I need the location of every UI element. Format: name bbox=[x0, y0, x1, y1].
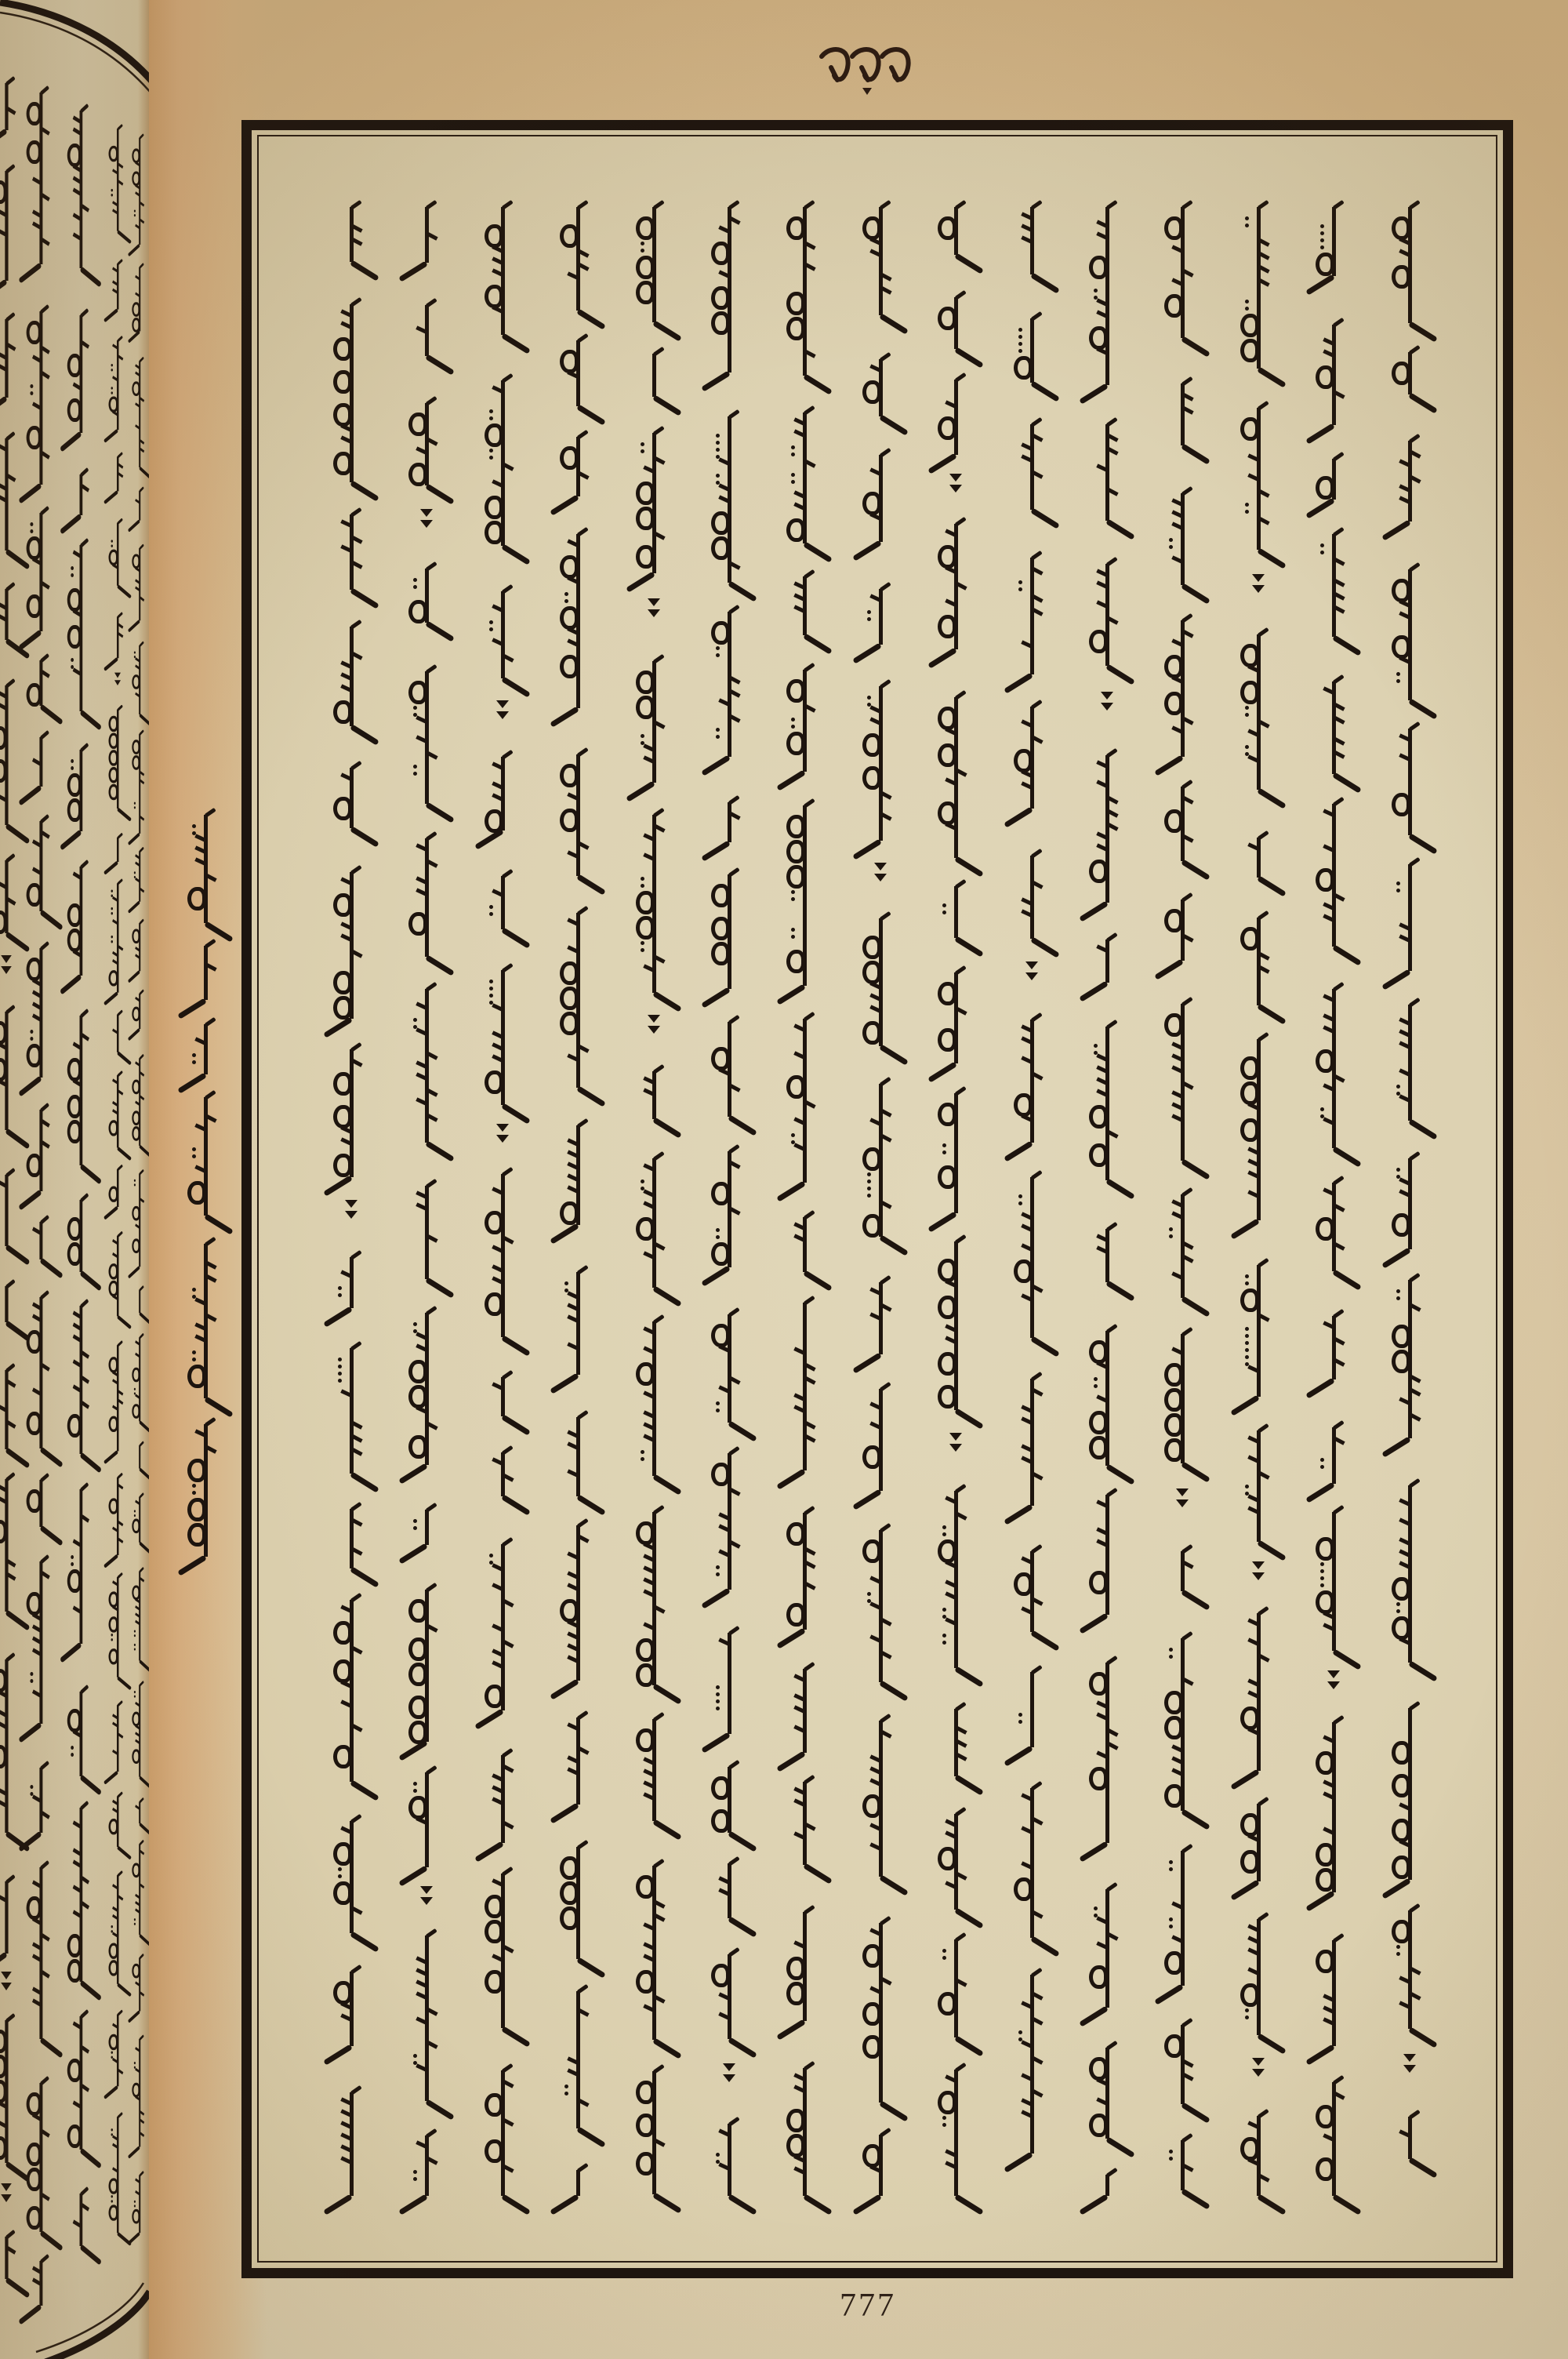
glyph-stroke bbox=[177, 998, 207, 1020]
glyph-stroke bbox=[27, 1044, 42, 1067]
glyph-stroke bbox=[111, 364, 114, 366]
glyph-stroke bbox=[862, 1794, 881, 1818]
glyph-stroke bbox=[942, 1641, 946, 1645]
glyph-stroke bbox=[413, 2170, 417, 2174]
word-space bbox=[853, 886, 908, 914]
glyph-stroke bbox=[636, 916, 655, 940]
glyph-stroke bbox=[80, 1016, 83, 1165]
glyph-stroke bbox=[938, 1259, 956, 1282]
word-space bbox=[1231, 1585, 1286, 1608]
glyph-stroke bbox=[111, 2051, 114, 2053]
glyph-stroke bbox=[938, 1165, 956, 1189]
glyph-stroke bbox=[139, 357, 143, 363]
glyph-stroke bbox=[641, 242, 644, 245]
glyph-stroke bbox=[109, 1187, 118, 1202]
script-word bbox=[702, 1448, 757, 1598]
glyph-stroke bbox=[192, 1060, 196, 1064]
glyph-stroke bbox=[716, 1408, 720, 1412]
punctuation-mark bbox=[702, 2063, 757, 2087]
glyph-stroke bbox=[420, 1886, 433, 1894]
script-word bbox=[1004, 1015, 1059, 1150]
script-word bbox=[60, 106, 102, 276]
glyph-stroke bbox=[132, 929, 140, 943]
script-word bbox=[1306, 1311, 1361, 1387]
glyph-stroke bbox=[1392, 1213, 1410, 1237]
glyph-stroke bbox=[1320, 1569, 1324, 1573]
script-word bbox=[19, 2256, 63, 2314]
glyph-stroke bbox=[791, 897, 795, 901]
glyph-stroke bbox=[1014, 1877, 1033, 1901]
glyph-stroke bbox=[942, 1143, 946, 1147]
glyph-stroke bbox=[636, 281, 655, 304]
glyph-stroke bbox=[496, 711, 509, 719]
glyph-stroke bbox=[80, 1808, 83, 1982]
glyph-stroke bbox=[333, 700, 352, 724]
word-space bbox=[928, 1456, 983, 1486]
script-word bbox=[1004, 202, 1059, 282]
script-word bbox=[399, 1768, 454, 1875]
glyph-stroke bbox=[560, 224, 579, 248]
glyph-stroke bbox=[111, 940, 114, 943]
glyph-stroke bbox=[716, 646, 720, 650]
glyph-stroke bbox=[641, 884, 644, 888]
glyph-stroke bbox=[1245, 503, 1249, 507]
glyph-stroke bbox=[139, 1567, 143, 1573]
glyph-stroke bbox=[1392, 1856, 1410, 1879]
glyph-stroke bbox=[1164, 216, 1183, 240]
glyph-stroke bbox=[139, 918, 143, 925]
punctuation-mark bbox=[626, 598, 681, 622]
glyph-stroke bbox=[139, 1840, 143, 1846]
script-word bbox=[1080, 1885, 1134, 2016]
glyph-stroke bbox=[30, 522, 33, 526]
script-word bbox=[178, 941, 233, 1008]
glyph-stroke bbox=[564, 1281, 568, 1285]
glyph-stroke bbox=[333, 1072, 352, 1096]
glyph-stroke bbox=[1316, 476, 1334, 500]
glyph-stroke bbox=[485, 1920, 503, 1943]
glyph-stroke bbox=[1252, 2058, 1265, 2066]
glyph-stroke bbox=[867, 1592, 871, 1596]
script-word bbox=[1155, 1329, 1210, 1471]
glyph-stroke bbox=[711, 1242, 730, 1266]
glyph-stroke bbox=[1181, 1551, 1185, 1591]
text-column: [Manchu-script column — untranscribed] bbox=[1306, 202, 1361, 2204]
glyph-stroke bbox=[67, 625, 82, 649]
script-word bbox=[1004, 1172, 1059, 1346]
glyph-stroke bbox=[641, 734, 644, 738]
glyph-stroke bbox=[485, 285, 503, 308]
script-word bbox=[104, 1872, 132, 1990]
script-word bbox=[324, 1595, 379, 1790]
glyph-stroke bbox=[139, 1954, 143, 1960]
glyph-stroke bbox=[425, 838, 429, 957]
glyph-stroke bbox=[27, 1592, 42, 1616]
script-word bbox=[104, 707, 132, 814]
glyph-stroke bbox=[1176, 1499, 1189, 1507]
punctuation-mark bbox=[1155, 1488, 1210, 1512]
glyph-stroke bbox=[711, 917, 730, 940]
word-space bbox=[1231, 598, 1286, 630]
glyph-stroke bbox=[1105, 424, 1109, 521]
glyph-stroke bbox=[1252, 1561, 1265, 1569]
glyph-stroke bbox=[652, 354, 656, 397]
glyph-stroke bbox=[338, 1286, 342, 1290]
glyph-stroke bbox=[5, 1881, 8, 1954]
glyph-stroke bbox=[1392, 265, 1410, 289]
glyph-stroke bbox=[1245, 1348, 1249, 1352]
glyph-stroke bbox=[485, 1292, 503, 1316]
glyph-stroke bbox=[205, 1090, 216, 1100]
glyph-stroke bbox=[560, 1856, 579, 1880]
glyph-stroke bbox=[134, 651, 136, 653]
script-word bbox=[702, 1628, 757, 1742]
glyph-stroke bbox=[1320, 1583, 1324, 1587]
glyph-stroke bbox=[67, 1709, 82, 1732]
glyph-stroke bbox=[134, 1630, 136, 1633]
text-column: [Manchu-script column — untranscribed] bbox=[777, 202, 832, 2204]
glyph-stroke bbox=[177, 1073, 207, 1094]
script-word bbox=[1155, 782, 1210, 869]
word-space bbox=[475, 1147, 530, 1169]
glyph-stroke bbox=[117, 1791, 123, 1798]
glyph-stroke bbox=[1089, 2057, 1108, 2081]
glyph-stroke bbox=[485, 1211, 503, 1234]
text-column: [Manchu-script column — untranscribed] bbox=[928, 202, 983, 2204]
glyph-stroke bbox=[139, 1685, 140, 1777]
glyph-stroke bbox=[1403, 2054, 1416, 2062]
script-word bbox=[128, 1568, 150, 1666]
script-word bbox=[475, 1448, 530, 1504]
glyph-stroke bbox=[1320, 238, 1324, 242]
glyph-stroke bbox=[204, 1397, 234, 1418]
script-word bbox=[702, 1147, 757, 1275]
glyph-stroke bbox=[192, 1358, 196, 1361]
glyph-stroke bbox=[949, 485, 962, 493]
script-word bbox=[1306, 677, 1361, 782]
glyph-stroke bbox=[1018, 1201, 1022, 1205]
glyph-stroke bbox=[132, 1110, 140, 1125]
punctuation-mark bbox=[399, 1886, 454, 1910]
script-word bbox=[702, 607, 757, 765]
glyph-stroke bbox=[1332, 1427, 1336, 1484]
glyph-stroke bbox=[1320, 551, 1324, 554]
glyph-stroke bbox=[489, 980, 493, 983]
glyph-stroke bbox=[39, 1867, 42, 2039]
glyph-stroke bbox=[205, 1237, 216, 1247]
glyph-stroke bbox=[949, 474, 962, 482]
glyph-stroke bbox=[711, 1964, 730, 1987]
glyph-stroke bbox=[1089, 1105, 1108, 1129]
glyph-stroke bbox=[420, 520, 433, 528]
glyph-stroke bbox=[111, 387, 114, 389]
script-word bbox=[60, 540, 102, 719]
script-word bbox=[1382, 2112, 1437, 2167]
glyph-stroke bbox=[132, 1080, 140, 1095]
script-word bbox=[626, 1317, 681, 1484]
glyph-stroke bbox=[728, 802, 731, 842]
script-word bbox=[1382, 724, 1437, 843]
script-word bbox=[128, 1682, 150, 1782]
script-word bbox=[1231, 913, 1286, 1013]
glyph-stroke bbox=[71, 658, 74, 662]
glyph-stroke bbox=[1018, 1194, 1022, 1198]
glyph-stroke bbox=[420, 1897, 433, 1905]
glyph-stroke bbox=[641, 442, 644, 446]
glyph-stroke bbox=[139, 1492, 143, 1499]
glyph-stroke bbox=[27, 2168, 42, 2191]
glyph-stroke bbox=[938, 801, 956, 825]
script-word bbox=[1080, 2043, 1134, 2146]
text-column: [Manchu-script column — untranscribed] bbox=[324, 202, 379, 2204]
script-word bbox=[550, 1713, 605, 1812]
glyph-stroke bbox=[648, 1026, 660, 1034]
script-word bbox=[128, 1287, 150, 1318]
script-word bbox=[1004, 851, 1059, 947]
glyph-stroke bbox=[338, 1874, 342, 1878]
script-word bbox=[1080, 559, 1134, 674]
glyph-stroke bbox=[1396, 1289, 1400, 1293]
glyph-stroke bbox=[942, 2116, 946, 2120]
glyph-stroke bbox=[71, 759, 74, 763]
glyph-stroke bbox=[942, 903, 946, 907]
script-word bbox=[1306, 799, 1361, 954]
script-word bbox=[19, 1557, 63, 1732]
script-word bbox=[1004, 420, 1059, 518]
glyph-stroke bbox=[30, 529, 33, 533]
script-word bbox=[1155, 202, 1210, 346]
text-column: [Manchu-script column — untranscribed] bbox=[702, 202, 757, 2204]
glyph-stroke bbox=[786, 216, 805, 240]
glyph-stroke bbox=[1169, 1655, 1173, 1659]
glyph-stroke bbox=[1240, 417, 1259, 441]
glyph-stroke bbox=[1245, 1485, 1249, 1488]
script-word bbox=[19, 943, 63, 1085]
glyph-stroke bbox=[1030, 1177, 1034, 1338]
glyph-stroke bbox=[71, 766, 74, 770]
glyph-stroke bbox=[636, 2152, 655, 2175]
glyph-stroke bbox=[1240, 681, 1259, 704]
glyph-stroke bbox=[1392, 1920, 1410, 1943]
script-word bbox=[853, 1716, 908, 1885]
glyph-stroke bbox=[489, 449, 493, 453]
glyph-stroke bbox=[338, 1293, 342, 1297]
punctuation-mark bbox=[1231, 574, 1286, 598]
glyph-stroke bbox=[1089, 1571, 1108, 1594]
script-word bbox=[550, 1267, 605, 1383]
glyph-stroke bbox=[949, 1444, 962, 1452]
script-word bbox=[550, 1121, 605, 1233]
script-word bbox=[475, 871, 530, 937]
glyph-stroke bbox=[67, 144, 82, 167]
glyph-stroke bbox=[1, 2194, 12, 2202]
script-word bbox=[60, 1011, 102, 1173]
glyph-stroke bbox=[1018, 2030, 1022, 2034]
script-word bbox=[1306, 1936, 1361, 2054]
glyph-stroke bbox=[117, 1340, 123, 1347]
glyph-stroke bbox=[636, 1217, 655, 1241]
glyph-stroke bbox=[1169, 1867, 1173, 1871]
glyph-stroke bbox=[1257, 1265, 1261, 1397]
glyph-stroke bbox=[333, 452, 352, 475]
glyph-stroke bbox=[27, 2206, 42, 2230]
glyph-stroke bbox=[879, 2135, 883, 2196]
glyph-stroke bbox=[139, 1333, 143, 1339]
glyph-stroke bbox=[1105, 2175, 1109, 2196]
glyph-stroke bbox=[862, 216, 881, 240]
glyph-stroke bbox=[576, 1272, 580, 1375]
glyph-stroke bbox=[489, 987, 493, 990]
glyph-stroke bbox=[1320, 543, 1324, 547]
glyph-stroke bbox=[1316, 1049, 1334, 1073]
glyph-stroke bbox=[716, 448, 720, 452]
glyph-stroke bbox=[1089, 2114, 1108, 2137]
glyph-stroke bbox=[489, 416, 493, 420]
mongolian-digit-seven-glyphs bbox=[818, 44, 916, 103]
glyph-stroke bbox=[1, 1983, 12, 1990]
glyph-stroke bbox=[1169, 1925, 1173, 1928]
glyph-stroke bbox=[560, 764, 579, 787]
glyph-stroke bbox=[5, 438, 8, 551]
glyph-stroke bbox=[1240, 1118, 1259, 1142]
script-word bbox=[853, 1918, 908, 2110]
book-spread: [Manchu-script column — untranscribed][M… bbox=[0, 0, 1568, 2359]
glyph-stroke bbox=[71, 1555, 74, 1559]
glyph-stroke bbox=[1094, 1377, 1098, 1381]
glyph-stroke bbox=[1018, 587, 1022, 591]
script-word bbox=[1306, 1178, 1361, 1279]
glyph-stroke bbox=[938, 1103, 956, 1126]
glyph-stroke bbox=[111, 369, 114, 371]
glyph-stroke bbox=[139, 1681, 143, 1687]
glyph-stroke bbox=[716, 1401, 720, 1405]
glyph-stroke bbox=[728, 1633, 731, 1734]
glyph-stroke bbox=[1089, 860, 1108, 883]
glyph-stroke bbox=[134, 2205, 136, 2207]
glyph-stroke bbox=[1408, 864, 1412, 971]
glyph-stroke bbox=[111, 889, 114, 892]
script-word bbox=[178, 1419, 233, 1565]
glyph-stroke bbox=[1316, 1751, 1334, 1775]
glyph-stroke bbox=[338, 1379, 342, 1383]
glyph-stroke bbox=[716, 474, 720, 478]
script-word bbox=[104, 125, 132, 236]
glyph-stroke bbox=[1332, 534, 1336, 637]
glyph-stroke bbox=[560, 1881, 579, 1905]
script-word bbox=[702, 412, 757, 591]
glyph-stroke bbox=[117, 1572, 123, 1579]
glyph-stroke bbox=[1316, 1950, 1334, 1973]
glyph-stroke bbox=[134, 1696, 136, 1698]
glyph-stroke bbox=[716, 434, 720, 438]
glyph-stroke bbox=[560, 555, 579, 579]
glyph-stroke bbox=[1164, 1413, 1183, 1437]
glyph-stroke bbox=[5, 2237, 8, 2279]
script-word bbox=[128, 849, 150, 907]
script-word bbox=[399, 1585, 454, 1750]
script-word bbox=[550, 1986, 605, 2136]
glyph-stroke bbox=[413, 1018, 417, 1022]
script-word bbox=[324, 622, 379, 734]
glyph-stroke bbox=[408, 463, 427, 486]
glyph-stroke bbox=[192, 1154, 196, 1158]
script-word bbox=[777, 572, 832, 643]
glyph-stroke bbox=[1014, 1572, 1033, 1596]
script-word bbox=[1155, 2020, 1210, 2112]
script-word bbox=[104, 1072, 132, 1153]
glyph-stroke bbox=[338, 1867, 342, 1871]
glyph-stroke bbox=[132, 2209, 140, 2224]
glyph-stroke bbox=[1164, 1691, 1183, 1714]
script-word bbox=[853, 682, 908, 849]
glyph-stroke bbox=[1403, 2065, 1416, 2073]
script-word bbox=[104, 2114, 132, 2238]
glyph-stroke bbox=[27, 140, 42, 164]
word-space bbox=[1231, 2081, 1286, 2111]
glyph-stroke bbox=[1396, 1952, 1400, 1956]
script-word bbox=[1080, 1022, 1134, 1188]
script-word bbox=[777, 202, 832, 383]
glyph-stroke bbox=[111, 544, 114, 547]
glyph-stroke bbox=[786, 840, 805, 863]
script-word bbox=[702, 1017, 757, 1125]
glyph-stroke bbox=[501, 207, 505, 335]
glyph-stroke bbox=[109, 2034, 118, 2050]
glyph-stroke bbox=[648, 609, 660, 617]
script-word bbox=[550, 202, 605, 318]
glyph-stroke bbox=[67, 798, 82, 822]
script-word bbox=[1382, 1703, 1437, 1888]
glyph-stroke bbox=[576, 340, 580, 406]
glyph-stroke bbox=[117, 833, 123, 840]
glyph-stroke bbox=[489, 620, 493, 624]
glyph-stroke bbox=[111, 912, 114, 914]
script-word bbox=[626, 1861, 681, 2048]
text-column: [Manchu-script column — untranscribed] bbox=[626, 202, 681, 2204]
glyph-stroke bbox=[1030, 1379, 1034, 1506]
script-word bbox=[1382, 565, 1437, 708]
script-word bbox=[1155, 1190, 1210, 1306]
script-word bbox=[19, 1105, 63, 1199]
glyph-stroke bbox=[716, 1235, 720, 1239]
script-word bbox=[60, 1687, 102, 1784]
script-word bbox=[1306, 1717, 1361, 1900]
glyph-stroke bbox=[1164, 655, 1183, 678]
glyph-stroke bbox=[139, 729, 143, 736]
glyph-stroke bbox=[1169, 2150, 1173, 2154]
glyph-stroke bbox=[139, 263, 143, 269]
glyph-stroke bbox=[117, 612, 123, 619]
glyph-stroke bbox=[862, 1147, 881, 1171]
script-word bbox=[928, 968, 983, 1071]
glyph-stroke bbox=[938, 545, 956, 569]
glyph-stroke bbox=[938, 1028, 956, 1052]
script-word bbox=[1231, 202, 1286, 376]
script-word bbox=[777, 1777, 832, 1873]
glyph-stroke bbox=[413, 1519, 417, 1523]
glyph-stroke bbox=[1169, 545, 1173, 549]
glyph-stroke bbox=[489, 627, 493, 631]
glyph-stroke bbox=[716, 653, 720, 657]
glyph-stroke bbox=[27, 1412, 42, 1435]
script-word bbox=[1231, 1799, 1286, 1889]
glyph-stroke bbox=[641, 877, 644, 881]
glyph-stroke bbox=[786, 815, 805, 838]
glyph-stroke bbox=[716, 1699, 720, 1703]
glyph-stroke bbox=[1240, 339, 1259, 362]
glyph-stroke bbox=[67, 929, 82, 952]
glyph-stroke bbox=[1025, 961, 1038, 969]
